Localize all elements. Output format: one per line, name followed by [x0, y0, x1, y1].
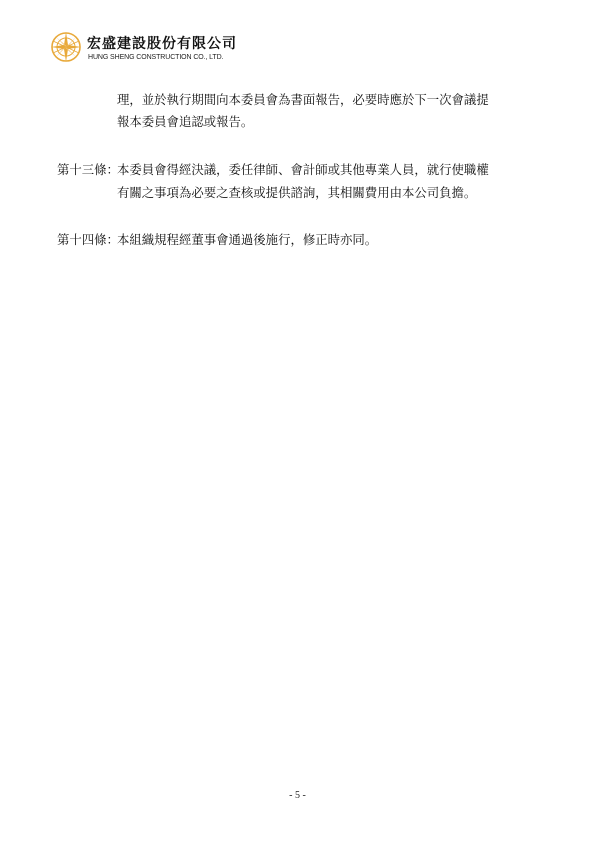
- paragraph-line: 理，並於執行期間向本委員會為書面報告，必要時應於下一次會議提: [117, 92, 489, 108]
- article-label: 第十三條：: [57, 162, 119, 178]
- company-name-en: HUNG SHENG CONSTRUCTION CO., LTD.: [88, 54, 223, 61]
- paragraph-line: 本委員會得經決議，委任律師、會計師或其他專業人員，就行使職權: [117, 162, 489, 178]
- compass-rose-logo-icon: [50, 31, 82, 63]
- company-name-zh: 宏盛建設股份有限公司: [87, 33, 237, 53]
- paragraph-line: 報本委員會追認或報告。: [117, 114, 253, 130]
- page-number: - 5 -: [0, 790, 595, 801]
- article-label: 第十四條：: [57, 232, 119, 248]
- paragraph-line: 有關之事項為必要之查核或提供諮詢，其相關費用由本公司負擔。: [117, 185, 476, 201]
- paragraph-line: 本組織規程經董事會通過後施行，修正時亦同。: [117, 232, 377, 248]
